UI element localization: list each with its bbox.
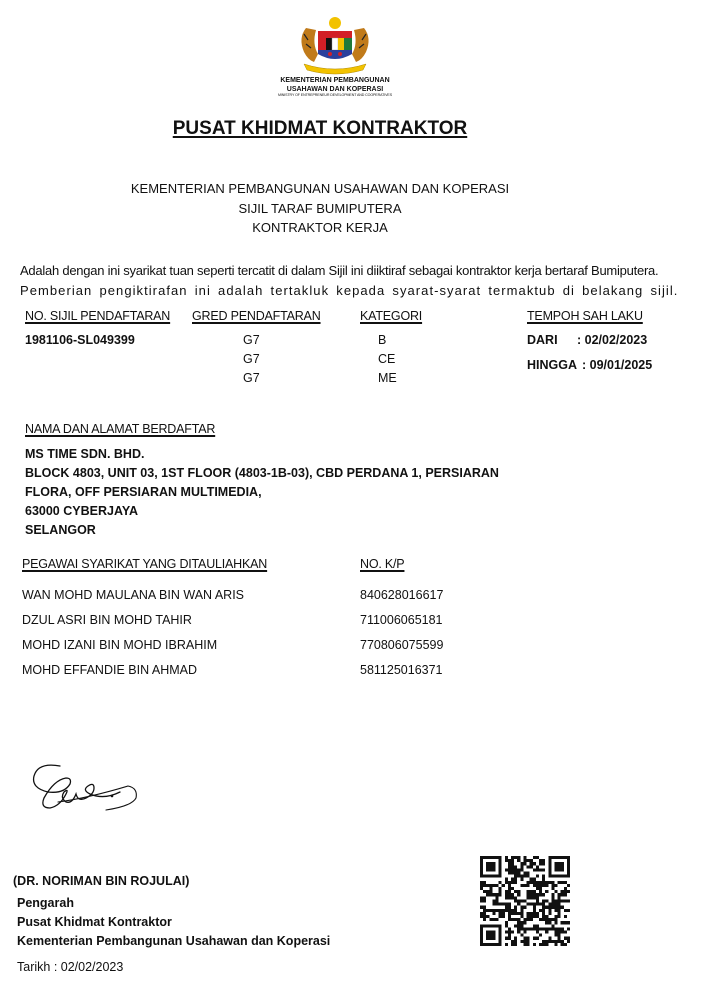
intro-line-1: Adalah dengan ini syarikat tuan seperti … <box>20 263 658 278</box>
document-title: PUSAT KHIDMAT KONTRAKTOR <box>0 118 640 140</box>
signatory-position: Pengarah <box>17 896 74 910</box>
header-ic: NO. K/P <box>360 557 404 571</box>
signature-icon <box>30 758 145 818</box>
company-name: MS TIME SDN. BHD. <box>25 447 144 461</box>
company-address-line: 63000 CYBERJAYA <box>25 504 138 518</box>
company-address-line: BLOCK 4803, UNIT 03, 1ST FLOOR (4803-1B-… <box>25 466 499 480</box>
subtitle-contractor-type: KONTRAKTOR KERJA <box>0 220 640 235</box>
intro-line-2: Pemberian pengiktirafan ini adalah terta… <box>20 283 678 298</box>
company-address-line: SELANGOR <box>25 523 96 537</box>
officer-name: MOHD EFFANDIE BIN AHMAD <box>22 663 197 677</box>
signatory-date: Tarikh : 02/02/2023 <box>17 960 123 974</box>
signatory-name: (DR. NORIMAN BIN ROJULAI) <box>13 874 189 888</box>
officer-ic: 840628016617 <box>360 588 443 602</box>
header-officers: PEGAWAI SYARIKAT YANG DITAULIAHKAN <box>22 557 267 571</box>
validity-from-value: : 02/02/2023 <box>577 333 647 347</box>
officer-name: DZUL ASRI BIN MOHD TAHIR <box>22 613 192 627</box>
officer-name: MOHD IZANI BIN MOHD IBRAHIM <box>22 638 217 652</box>
grade-value: G7 <box>243 333 260 347</box>
category-value: CE <box>378 352 395 366</box>
cert-number: 1981106-SL049399 <box>25 333 135 347</box>
signatory-department: Pusat Khidmat Kontraktor <box>17 915 172 929</box>
logo-ministry-name-1: KEMENTERIAN PEMBANGUNAN <box>270 77 400 85</box>
subtitle-certificate: SIJIL TARAF BUMIPUTERA <box>0 201 640 216</box>
category-value: ME <box>378 371 397 385</box>
officer-ic: 581125016371 <box>360 663 443 677</box>
header-grade: GRED PENDAFTARAN <box>192 309 321 323</box>
ministry-logo: KEMENTERIAN PEMBANGUNAN USAHAWAN DAN KOP… <box>270 14 400 98</box>
header-cert-no: NO. SIJIL PENDAFTARAN <box>25 309 170 323</box>
signatory-ministry: Kementerian Pembangunan Usahawan dan Kop… <box>17 934 330 948</box>
header-company: NAMA DAN ALAMAT BERDAFTAR <box>25 422 215 436</box>
grade-value: G7 <box>243 371 260 385</box>
validity-to-value: : 09/01/2025 <box>582 358 652 372</box>
header-validity: TEMPOH SAH LAKU <box>527 309 643 323</box>
subtitle-ministry: KEMENTERIAN PEMBANGUNAN USAHAWAN DAN KOP… <box>0 181 640 196</box>
header-category: KATEGORI <box>360 309 422 323</box>
officer-name: WAN MOHD MAULANA BIN WAN ARIS <box>22 588 244 602</box>
qr-code-icon <box>480 856 570 946</box>
officer-ic: 770806075599 <box>360 638 443 652</box>
category-value: B <box>378 333 386 347</box>
company-address-line: FLORA, OFF PERSIARAN MULTIMEDIA, <box>25 485 262 499</box>
logo-ministry-english: MINISTRY OF ENTREPRENEUR DEVELOPMENT AND… <box>270 93 400 98</box>
validity-from-label: DARI <box>527 333 558 347</box>
logo-ministry-name-2: USAHAWAN DAN KOPERASI <box>270 86 400 93</box>
validity-to-label: HINGGA <box>527 358 577 372</box>
coat-of-arms-icon <box>290 14 380 76</box>
officer-ic: 711006065181 <box>360 613 443 627</box>
grade-value: G7 <box>243 352 260 366</box>
